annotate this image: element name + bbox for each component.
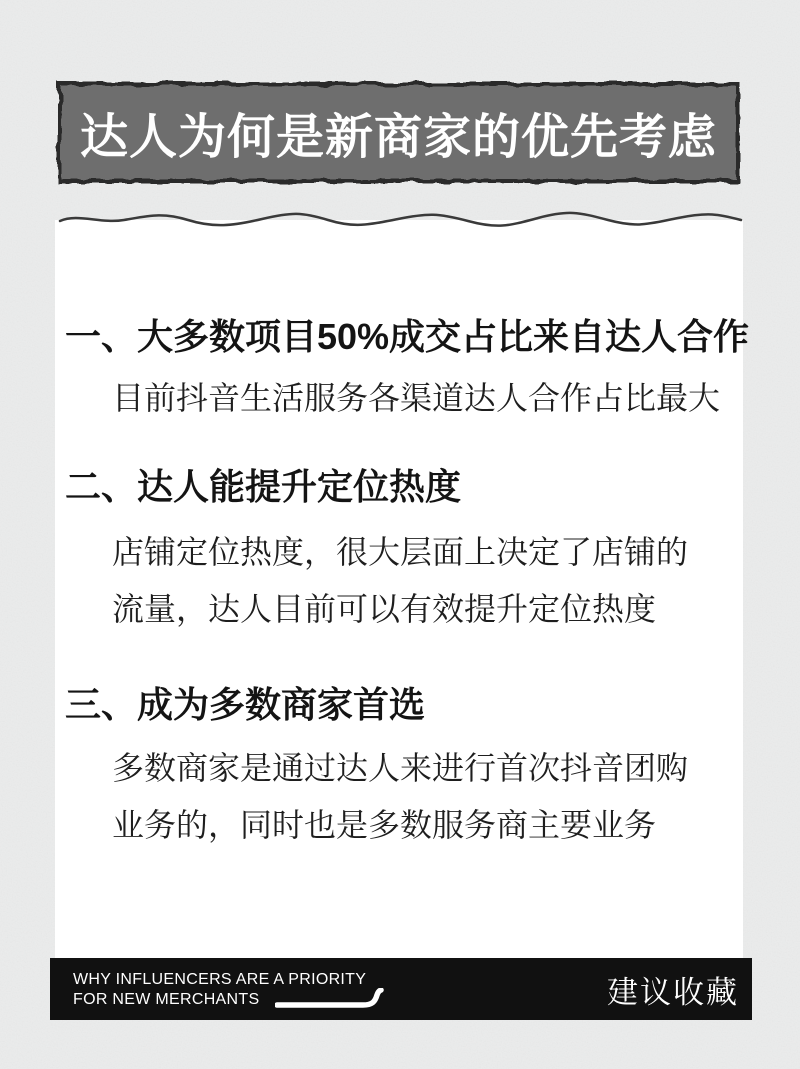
footer-badge: 建议收藏 [607, 958, 739, 1020]
section-1-body: 目前抖音生活服务各渠道达人合作占比最大 [112, 377, 720, 419]
underline-swoosh-icon [275, 988, 387, 1010]
section-1-heading: 一、大多数项目50%成交占比来自达人合作 [65, 315, 749, 359]
section-3-heading: 三、成为多数商家首选 [65, 683, 425, 727]
section-3-body-line: 业务的，同时也是多数服务商主要业务 [112, 797, 688, 854]
section-2-body-line: 店铺定位热度，很大层面上决定了店铺的 [112, 524, 688, 581]
section-2-body: 店铺定位热度，很大层面上决定了店铺的 流量，达人目前可以有效提升定位热度 [112, 524, 688, 638]
section-2-heading: 二、达人能提升定位热度 [65, 465, 461, 509]
infographic-page: 达人为何是新商家的优先考虑 一、大多数项目50%成交占比来自达人合作 目前抖音生… [0, 0, 800, 1069]
footer-caption-line1: WHY INFLUENCERS ARE A PRIORITY [73, 971, 387, 988]
section-3-body-line: 多数商家是通过达人来进行首次抖音团购 [112, 740, 688, 797]
page-title: 达人为何是新商家的优先考虑 [55, 80, 742, 185]
footer-bar: WHY INFLUENCERS ARE A PRIORITY FOR NEW M… [50, 958, 752, 1020]
footer-caption: WHY INFLUENCERS ARE A PRIORITY FOR NEW M… [73, 971, 387, 1008]
section-2-body-line: 流量，达人目前可以有效提升定位热度 [112, 581, 688, 638]
section-3-body: 多数商家是通过达人来进行首次抖音团购 业务的，同时也是多数服务商主要业务 [112, 740, 688, 854]
section-1-body-line: 目前抖音生活服务各渠道达人合作占比最大 [112, 377, 720, 419]
footer-caption-line2: FOR NEW MERCHANTS [73, 991, 259, 1008]
